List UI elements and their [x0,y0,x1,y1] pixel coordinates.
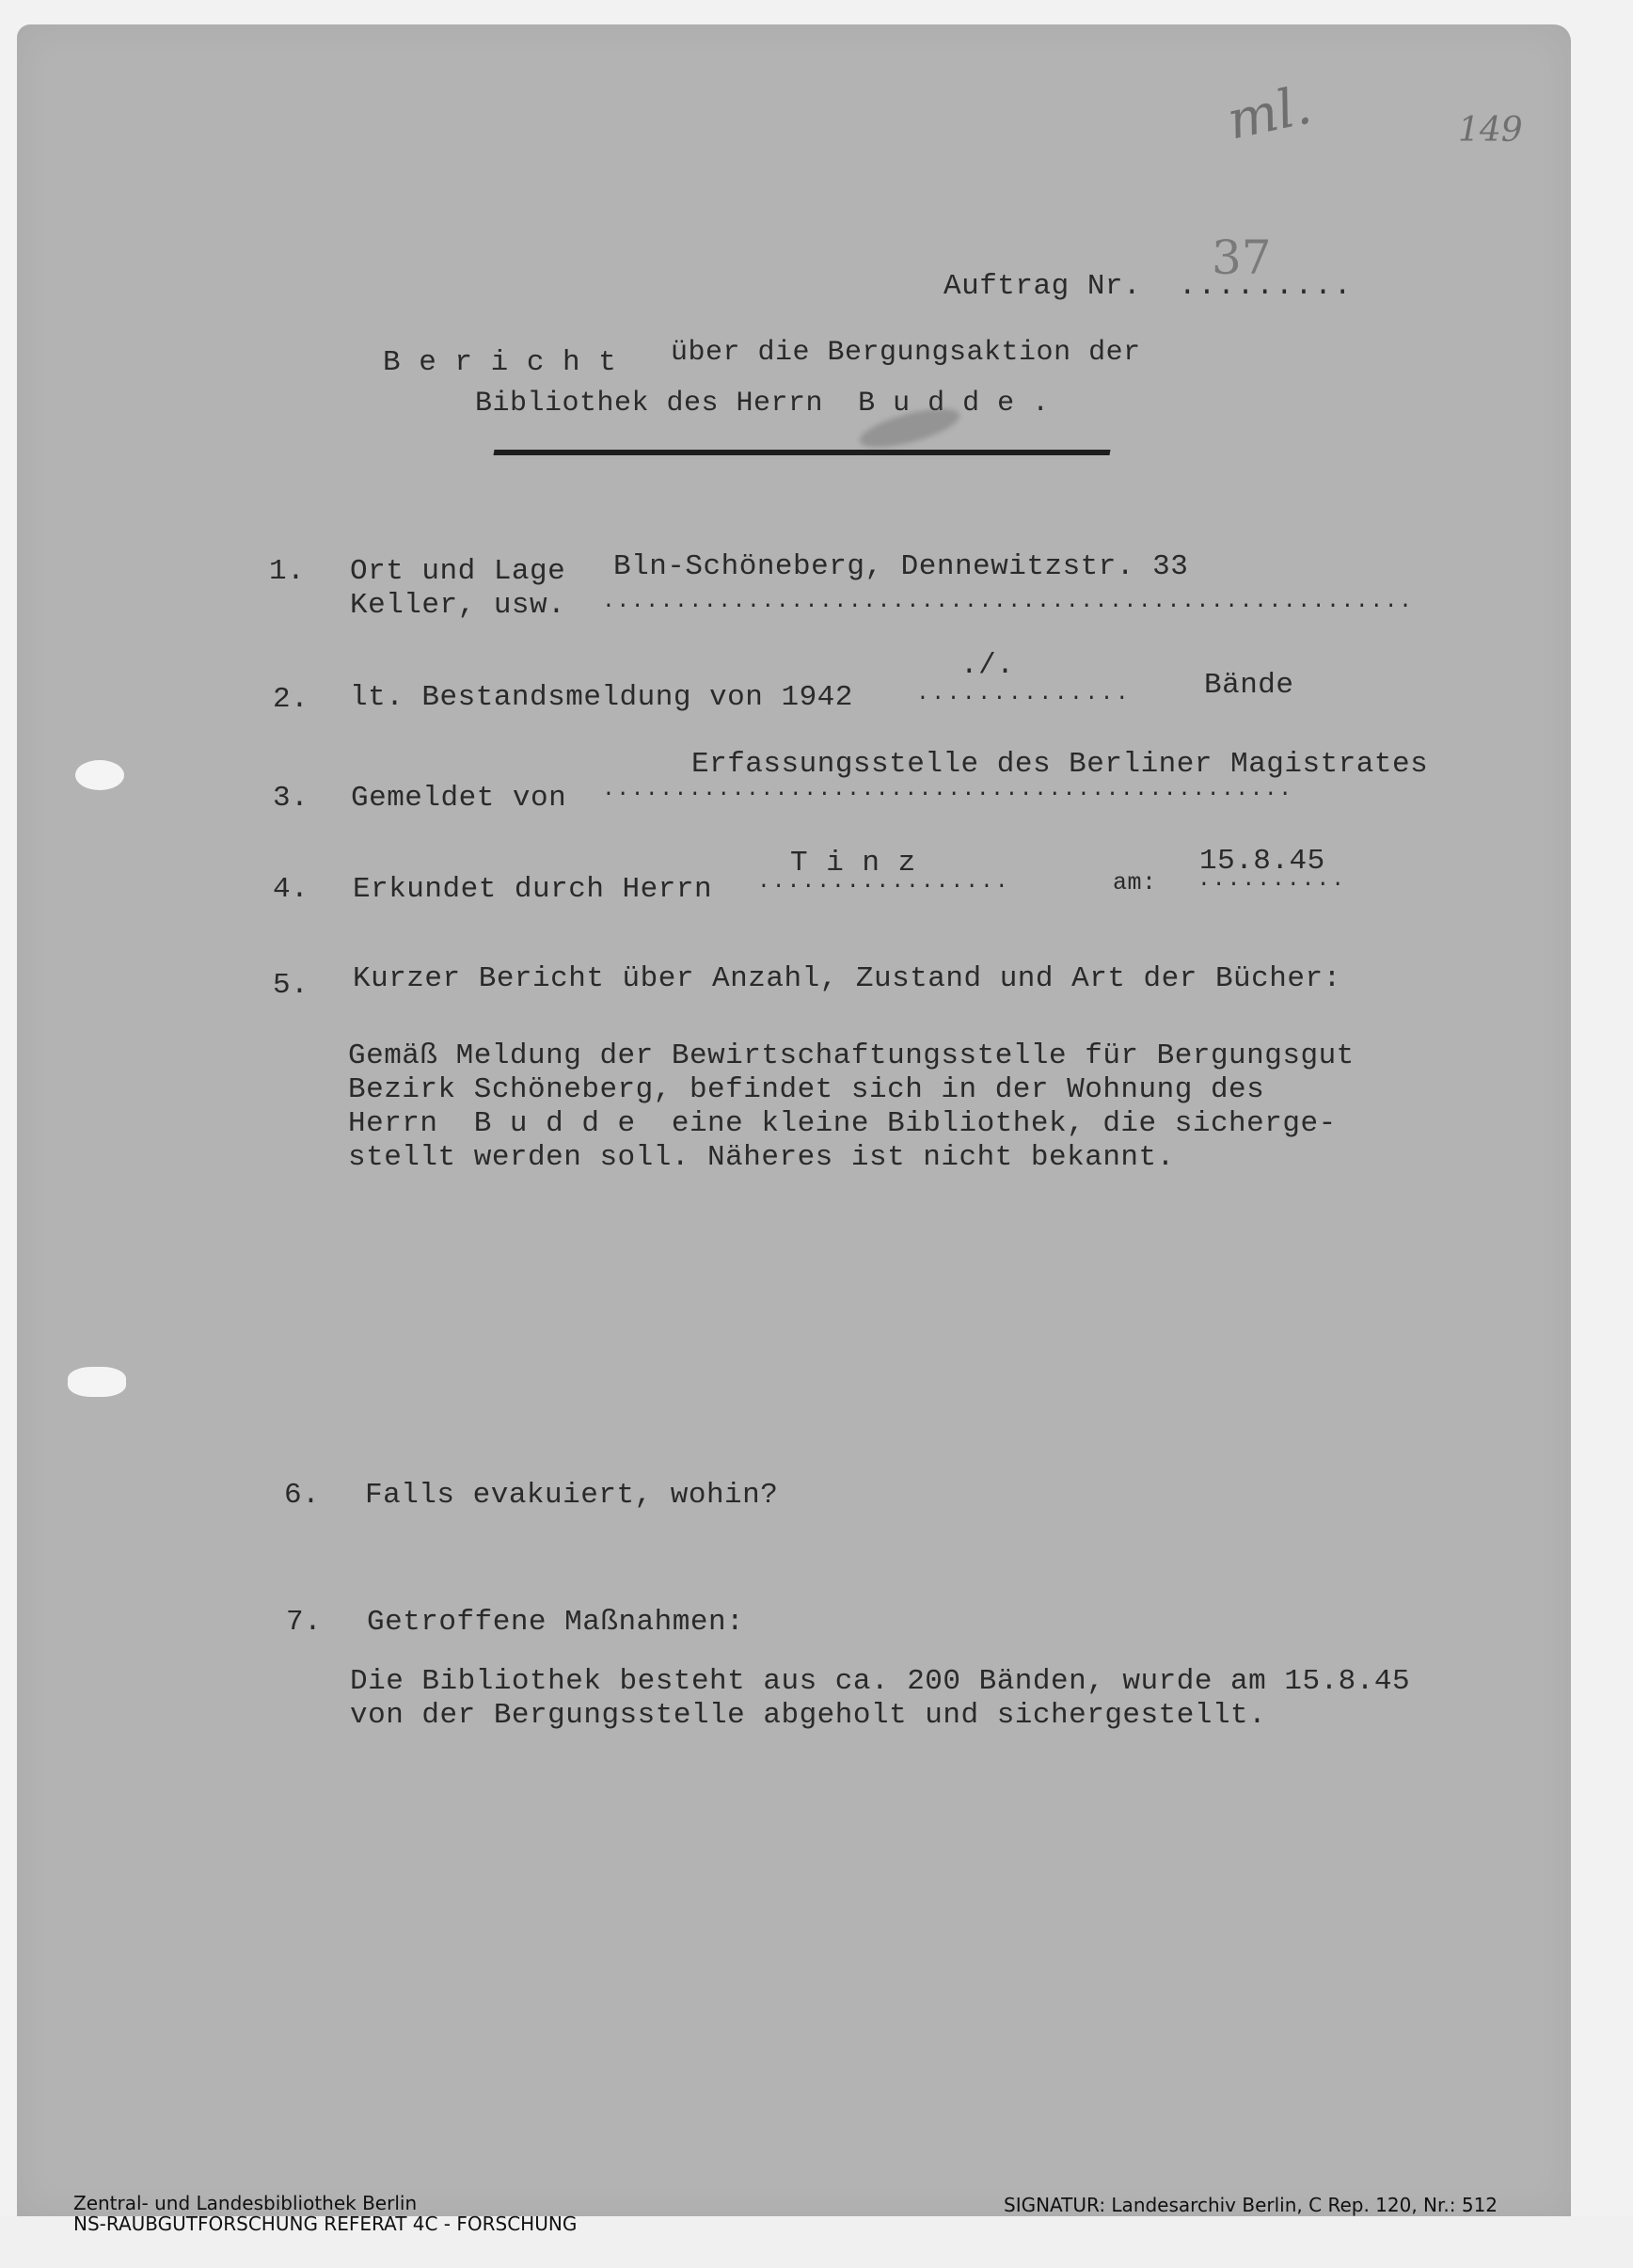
title-line2: Bibliothek des Herrn B u d d e . [475,388,1050,420]
item-5-body-line-1: Gemäß Meldung der Bewirtschaftungsstelle… [348,1039,1355,1072]
page-number: 149 [1458,111,1523,150]
item-1-label2: Keller, usw. [350,589,565,622]
order-label: Auftrag Nr. [943,270,1141,303]
item-3-number: 3. [273,782,309,815]
item-3-dots: ........................................… [602,777,1293,801]
item-6-number: 6. [284,1479,320,1512]
item-2-number: 2. [273,683,309,716]
footer-signature: SIGNATUR: Landesarchiv Berlin, C Rep. 12… [1004,2194,1498,2216]
item-4-date-label: am: [1113,869,1157,896]
item-6-label: Falls evakuiert, wohin? [365,1479,778,1512]
item-7-label: Getroffene Maßnahmen: [367,1606,744,1639]
item-4-dots: ................. [757,869,1010,894]
item-5-number: 5. [273,969,309,1002]
item-5-label: Kurzer Bericht über Anzahl, Zustand und … [353,962,1341,995]
item-3-value: Erfassungsstelle des Berliner Magistrate… [691,748,1428,781]
item-1-number: 1. [269,555,305,588]
item-5-body-line-2: Bezirk Schöneberg, befindet sich in der … [348,1073,1264,1106]
title-rest: über die Bergungsaktion der [671,337,1141,369]
item-1-dots: ........................................… [602,589,1414,613]
punch-hole-top [75,760,124,790]
item-3-label: Gemeldet von [351,782,566,815]
item-4-date-dots: .......... [1197,867,1346,892]
punch-hole-bottom [68,1367,126,1397]
item-5-body-line-4: stellt werden soll. Näheres ist nicht be… [348,1141,1175,1174]
item-5-body-line-3: Herrn B u d d e eine kleine Bibliothek, … [348,1107,1337,1140]
item-2-label: lt. Bestandsmeldung von 1942 [350,681,853,714]
order-number: 37 [1212,230,1272,285]
item-2-dots: .............. [916,681,1131,706]
title-spaced: B e r i c h t [383,346,616,379]
item-2-suffix: Bände [1204,669,1294,702]
item-7-body-line-2: von der Bergungsstelle abgeholt und sich… [350,1699,1266,1732]
item-4-number: 4. [273,873,309,906]
item-1-label: Ort und Lage [350,555,565,588]
title-underline [493,450,1110,455]
item-7-number: 7. [286,1606,322,1639]
item-7-body-line-1: Die Bibliothek besteht aus ca. 200 Bände… [350,1665,1410,1698]
item-4-label: Erkundet durch Herrn [353,873,712,906]
footer-institution-line-2: NS-RAUBGUTFORSCHUNG REFERAT 4C - FORSCHU… [73,2212,577,2235]
footer-institution-line-1: Zentral- und Landesbibliothek Berlin [73,2192,417,2214]
item-2-value: ./. [960,649,1014,682]
item-1-value: Bln-Schöneberg, Dennewitzstr. 33 [613,550,1188,583]
